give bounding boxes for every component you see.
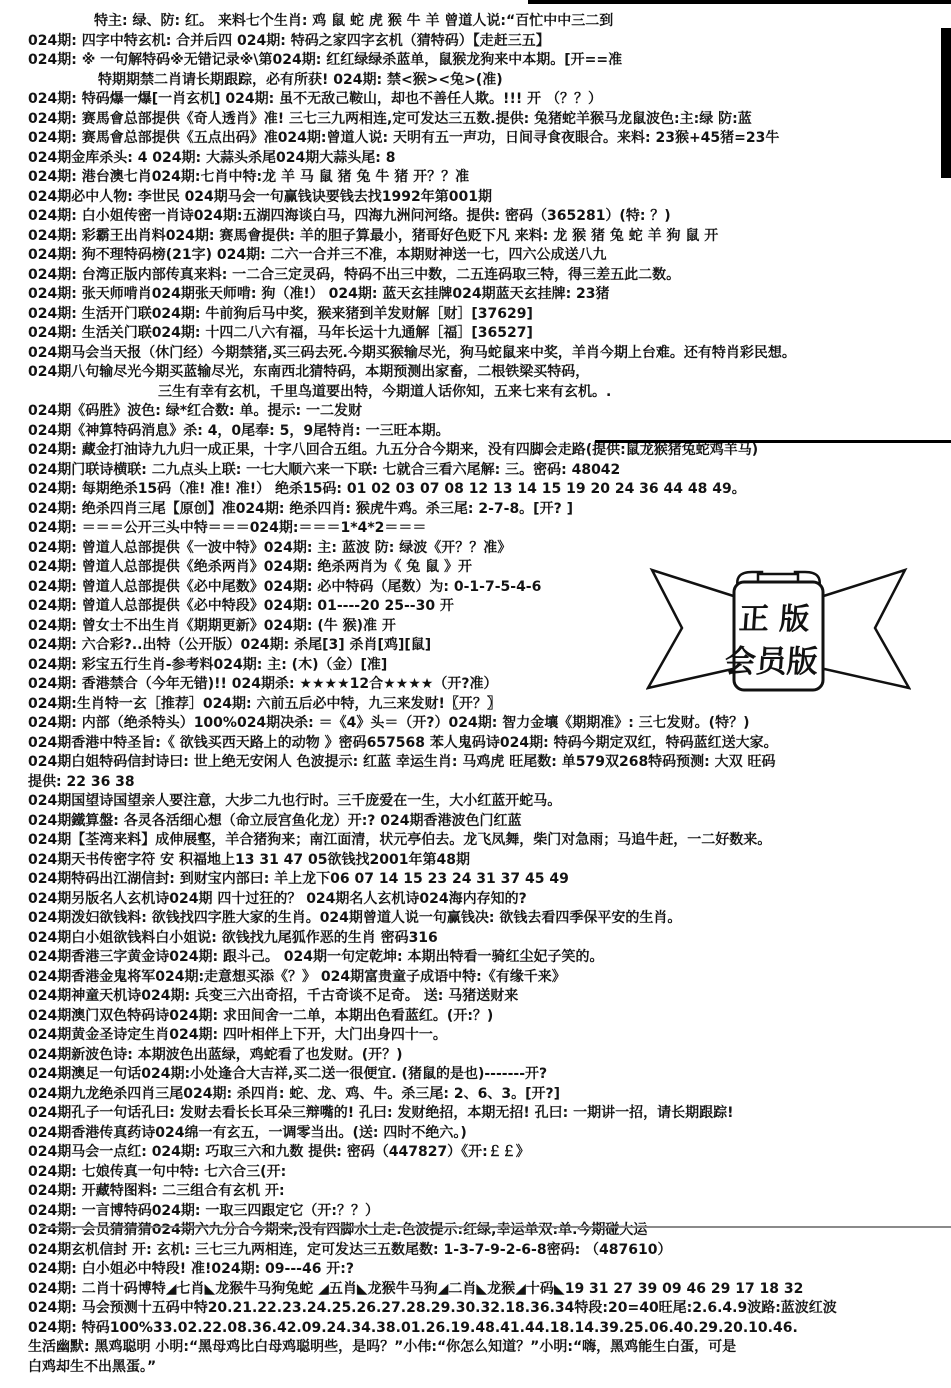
text-line: 024期: 彩霸王出肖料024期: 赛馬會提供: 羊的胆子算最小，猪哥好色贬下凡… <box>28 227 948 247</box>
text-line: 024期八句输尽光今期买蓝输尽光，东南西北猜特码，本期预测出家畜，二根铁梁买特码… <box>28 363 948 383</box>
text-line: 024期: 生活开门联024期: 牛前狗后马中奖，猴来猪到羊发财解［财］[376… <box>28 305 948 325</box>
text-line: 024期:生肖特一玄［推荐］024期: 六前五后必中特，九三来发财!〖开？〗 <box>28 695 948 715</box>
text-line: 024期: 内部（绝杀特头）100%024期决杀: ＝《4》头＝（开?）024期… <box>28 714 948 734</box>
text-line: 024期另版名人玄机诗024期 四十过狂的？ 024期名人玄机诗024海内存知的… <box>28 890 948 910</box>
text-line: 024期: 绝杀四肖三尾【原创】准024期: 绝杀四肖: 猴虎牛鸡。杀三尾: 2… <box>28 500 948 520</box>
text-line: 024期金库杀头: 4 024期: 大蒜头杀尾024期大蒜头尾: 8 <box>28 149 948 169</box>
text-line: 024期: 会员猜猜猜024期六九分合今期来,没有四脚水上走.色波提示:红绿,幸… <box>28 1221 948 1241</box>
genuine-member-edition-banner: 正 版 会员版 <box>646 566 911 694</box>
scan-artifact-bottom-line <box>40 1226 951 1228</box>
text-line: 024期必中人物: 李世民 024期马会一句赢钱诀要钱去找1992年第001期 <box>28 188 948 208</box>
text-line: 024期: 特码爆一爆[一肖玄机] 024期: 虽不无敌己鞍山，却也不善任人欺。… <box>28 90 948 110</box>
text-line: 024期孔子一句话孔曰: 发财去看长长耳朵三辩嘴的! 孔曰: 发财绝招，本期无招… <box>28 1104 948 1124</box>
scan-artifact-right-strip <box>941 28 951 178</box>
text-line: 024期《神算特码消息》杀: 4，0尾奉: 5，9尾特肖: 一三旺本期。 <box>28 422 948 442</box>
text-line: 024期澳门双色特码诗024期: 求田间舍一二单，本期出色看蓝红。(开:？) <box>28 1007 948 1027</box>
text-line: 特期期禁二肖请长期跟踪，必有所获! 024期: 禁<猴><兔>(准) <box>28 71 948 91</box>
text-line: 024期: 白小姐传密一肖诗024期:五湖四海谈白马，四海九洲问河络。提供: 密… <box>28 207 948 227</box>
text-line: 024期: 一言博特码024期: 一取三四跟定它（开:？？） <box>28 1202 948 1222</box>
banner-line2: 会员版 <box>724 644 819 680</box>
text-line: 024期泼妇欲钱料: 欲钱找四字胜大家的生肖。024期曾道人说一句赢钱决: 欲钱… <box>28 909 948 929</box>
text-line: 024期: 马会预测十五码中特20.21.22.23.24.25.26.27.2… <box>28 1299 948 1319</box>
text-line: 生活幽默: 黑鸡聪明 小明:“黑母鸡比白母鸡聪明些，是吗？”小伟:“你怎么知道？… <box>28 1338 948 1358</box>
text-line: 024期白姐特码信封诗曰: 世上绝无安闲人 色波提示: 红蓝 幸运生肖: 马鸡虎… <box>28 753 948 773</box>
text-line: 024期: ＝＝＝公开三头中特＝＝＝024期:＝＝＝1*4*2＝＝＝ <box>28 519 948 539</box>
text-line: 024期神童天机诗024期: 兵变三六出奇招，千古奇谈不足奇。 送: 马猪送财来 <box>28 987 948 1007</box>
text-line: 024期马会当天报（休门经）今期禁猪,买三码去死.今期买猴输尽光，狗马蛇鼠来中奖… <box>28 344 948 364</box>
text-line: 提供: 22 36 38 <box>28 773 948 793</box>
banner-line1: 正 版 <box>738 602 811 637</box>
text-line: 024期: 特码100%33.02.22.08.36.42.09.24.34.3… <box>28 1319 948 1339</box>
text-line: 024期: 七娘传真一句中特: 七六合三(开: <box>28 1163 948 1183</box>
text-line: 024期国望诗国望亲人要注意，大步二九也行时。三千庞爱在一生，大小红蓝开蛇马。 <box>28 792 948 812</box>
text-line: 024期马会一点红: 024期: 巧取三六和九数 提供: 密码（447827）《… <box>28 1143 948 1163</box>
text-line: 024期: ※ 一句解特码※无错记录※\第024期: 红红绿绿杀蓝单，鼠猴龙狗来… <box>28 51 948 71</box>
text-line: 024期: 狗不理特码榜(21字) 024期: 二六一合并三不准，本期财神送一七… <box>28 246 948 266</box>
text-line: 024期: 白小姐必中特段! 准!024期: 09---46 开:? <box>28 1260 948 1280</box>
text-line: 024期香港传真药诗024绵一有玄五，一调零当出。(送: 四时不绝六。) <box>28 1124 948 1144</box>
text-line: 白鸡却生不出黑蛋。” <box>28 1358 948 1378</box>
text-line: 024期白小姐欲钱料白小姐说: 欲钱找九尾狐作恶的生肖 密码316 <box>28 929 948 949</box>
scan-artifact-mid-line <box>595 440 951 443</box>
text-line: 024期: 港台澳七肖024期:七肖中特:龙 羊 马 鼠 猪 兔 牛 猪 开？？… <box>28 168 948 188</box>
text-line: 024期特码出江湖信封: 到财宝内部曰: 羊上龙下06 07 14 15 23 … <box>28 870 948 890</box>
text-line: 024期《码胜》波色: 绿*红合数: 单。提示: 一二发财 <box>28 402 948 422</box>
text-line: 024期香港中特圣旨:《 欲钱买西天路上的动物 》密码657568 苯人鬼码诗0… <box>28 734 948 754</box>
text-line: 024期: 台湾正版内部传真来料: 一二合三定灵码，特码不出三中数，二五连码取三… <box>28 266 948 286</box>
text-line: 024期: 四字中特玄机: 合并后四 024期: 特码之家四字玄机（猜特码）【走… <box>28 32 948 52</box>
text-line: 024期香港三字黄金诗024期: 跟斗己。 024期一句定乾坤: 本期出特看一骑… <box>28 948 948 968</box>
text-line: 024期鐵算盤: 各灵各活细心想（命立辰宫鱼化龙）开:? 024期香港波色门红蓝 <box>28 812 948 832</box>
text-line: 特主: 绿、防: 红。 来料七个生肖: 鸡 鼠 蛇 虎 猴 牛 羊 曾道人说:“… <box>28 12 948 32</box>
text-line: 024期: 每期绝杀15码（准! 准! 准!） 绝杀15码: 01 02 03 … <box>28 480 948 500</box>
text-line: 024期九龙绝杀四肖三尾024期: 杀四肖: 蛇、龙、鸡、牛。杀三尾: 2、6、… <box>28 1085 948 1105</box>
scroll-ribbon-icon: 正 版 会员版 <box>646 566 911 694</box>
text-line: 024期澳足一句话024期:小处逢合大吉祥,买二送一很便宜. (猪鼠的是也)--… <box>28 1065 948 1085</box>
text-line: 024期黄金圣诗定生肖024期: 四叶相伴上下开，大门出身四十一。 <box>28 1026 948 1046</box>
text-line: 024期: 藏金打油诗九九归一成正果，十字八回合五组。九五分合今期来，没有四脚会… <box>28 441 948 461</box>
text-line: 024期【荃湾来料】成伸展壑，羊合猪狗来；南江面清，状元亭伯去。龙飞凤舞，柴门对… <box>28 831 948 851</box>
text-line: 024期: 生活关门联024期: 十四二八六有福，马年长运十九通解［福］[365… <box>28 324 948 344</box>
text-line: 024期: 张天师啃肖024期张天师啃: 狗（准!） 024期: 蓝天玄挂牌02… <box>28 285 948 305</box>
text-line: 024期: 曾道人总部提供《一波中特》024期: 主: 蓝波 防: 绿波《开？？… <box>28 539 948 559</box>
text-line: 024期门联诗横联: 二九点头上联: 一七大顺六来一下联: 七就合三看六尾解: … <box>28 461 948 481</box>
text-line: 024期香港金鬼将军024期:走意想买添《？》 024期富贵童子成语中特:《有缘… <box>28 968 948 988</box>
text-line: 024期: 二肖十码博特◢七肖◣龙猴牛马狗兔蛇 ◢五肖◣龙猴牛马狗◢二肖◣龙猴◢… <box>28 1280 948 1300</box>
text-line: 024期新波色诗: 本期波色出蓝绿，鸡蛇看了也发财。(开？) <box>28 1046 948 1066</box>
text-line: 024期: 赛馬會总部提供《五点出码》准024期:曾道人说: 天明有五一声功，日… <box>28 129 948 149</box>
text-line: 024期: 赛馬會总部提供《奇人透肖》准! 三七三九两相连,定可发达三五数.提供… <box>28 110 948 130</box>
text-line: 三生有幸有玄机，千里鸟道要出特，今期道人话你知，五来七来有玄机。. <box>28 383 948 403</box>
scan-artifact-top-line <box>528 0 951 4</box>
document-lines: 特主: 绿、防: 红。 来料七个生肖: 鸡 鼠 蛇 虎 猴 牛 羊 曾道人说:“… <box>28 12 948 1377</box>
text-line: 024期: 开藏特图料: 二三组合有玄机 开: <box>28 1182 948 1202</box>
text-line: 024期玄机信封 开: 玄机: 三七三九两相连，定可发达三五数尾数: 1-3-7… <box>28 1241 948 1261</box>
text-line: 024期天书传密字符 安 积福地上13 31 47 05欲钱找2001年第48期 <box>28 851 948 871</box>
